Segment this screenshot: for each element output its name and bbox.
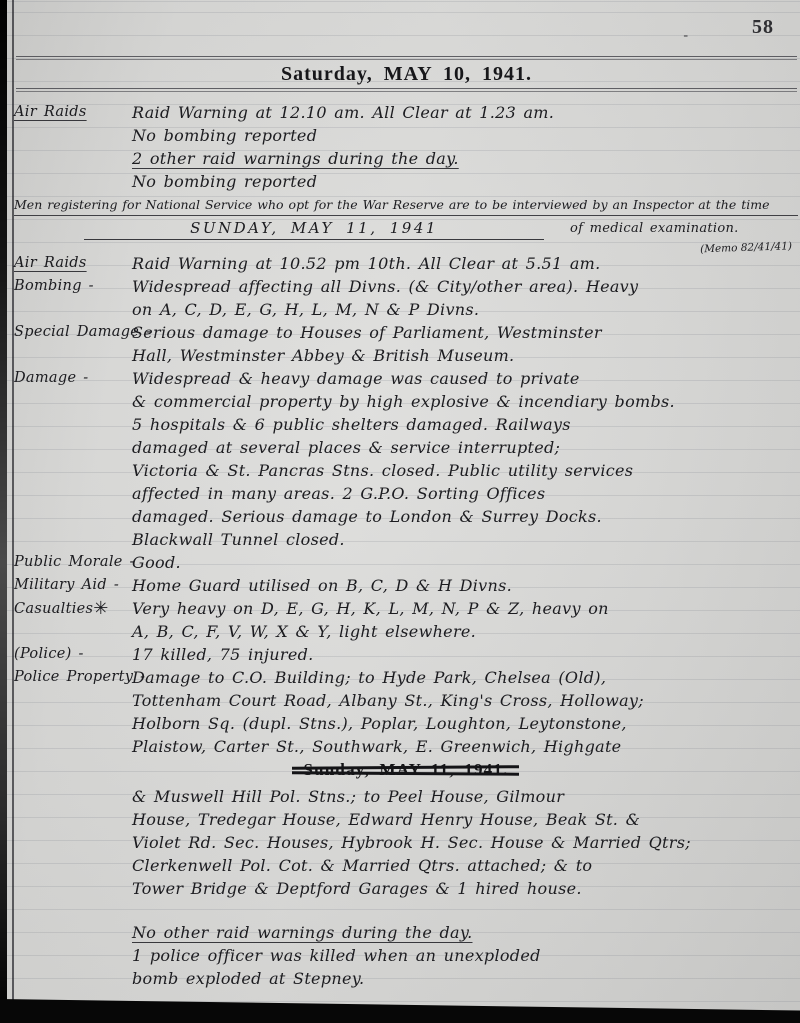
struck-heading-row: Sunday, MAY 11, 1941. bbox=[14, 758, 798, 782]
entry-line: damaged. Serious damage to London & Surr… bbox=[132, 505, 770, 528]
entry-line: Good. bbox=[132, 551, 770, 574]
entry-line: Widespread affecting all Divns. (& City/… bbox=[132, 275, 770, 298]
entry-military-aid: Military Aid - Home Guard utilised on B,… bbox=[14, 574, 798, 597]
entry-police-property: Police Property - Damage to C.O. Buildin… bbox=[14, 666, 798, 758]
registration-note-continuation: of medical examination. bbox=[544, 218, 798, 240]
page-number: 58 bbox=[752, 16, 774, 39]
entry-police-property-continued: & Muswell Hill Pol. Stns.; to Peel House… bbox=[132, 785, 798, 900]
entry-line: Plaistow, Carter St., Southwark, E. Gree… bbox=[132, 735, 770, 758]
entry-line: A, B, C, F, V, W, X & Y, light elsewhere… bbox=[132, 620, 770, 643]
entry-label: (Police) - bbox=[14, 643, 132, 666]
entry-line: damaged at several places & service inte… bbox=[132, 436, 770, 459]
entry-label: Casualties✳ bbox=[14, 597, 132, 621]
entry-line: No other raid warnings during the day. bbox=[132, 921, 798, 944]
entry-line: 1 police officer was killed when an unex… bbox=[132, 944, 798, 967]
entry-body: Home Guard utilised on B, C, D & H Divns… bbox=[132, 574, 798, 597]
entry-line: 5 hospitals & 6 public shelters damaged.… bbox=[132, 413, 770, 436]
entry-label: Public Morale - bbox=[14, 551, 132, 574]
entry-public-morale: Public Morale - Good. bbox=[14, 551, 798, 574]
entry-damage: Damage - Widespread & heavy damage was c… bbox=[14, 367, 798, 551]
entry-line: on A, C, D, E, G, H, L, M, N & P Divns. bbox=[132, 298, 770, 321]
diary-content: Air Raids Raid Warning at 12.10 am. All … bbox=[14, 101, 798, 990]
entry-special-damage: Special Damage - Serious damage to House… bbox=[14, 321, 798, 367]
ledger-margin-line bbox=[12, 0, 14, 1023]
entry-line: affected in many areas. 2 G.P.O. Sorting… bbox=[132, 482, 770, 505]
entry-body: 17 killed, 75 injured. bbox=[132, 643, 798, 666]
scan-edge-left bbox=[0, 0, 7, 1023]
entry-line: Tower Bridge & Deptford Garages & 1 hire… bbox=[132, 877, 798, 900]
header-rule-bottom bbox=[16, 88, 797, 92]
entry-label: Special Damage - bbox=[14, 321, 132, 344]
struck-date-heading: Sunday, MAY 11, 1941. bbox=[295, 758, 516, 782]
asterisk-mark: ✳ bbox=[93, 598, 108, 619]
entry-label: Air Raids bbox=[14, 101, 132, 124]
entry-police-casualties: (Police) - 17 killed, 75 injured. bbox=[14, 643, 798, 666]
entry-body: Raid Warning at 12.10 am. All Clear at 1… bbox=[132, 101, 798, 193]
entry-line: Blackwall Tunnel closed. bbox=[132, 528, 770, 551]
entry-line: 2 other raid warnings during the day. bbox=[132, 147, 770, 170]
sunday-date-heading: SUNDAY, MAY 11, 1941 bbox=[84, 217, 544, 240]
entry-bombing: Bombing - Widespread affecting all Divns… bbox=[14, 275, 798, 321]
entry-line: Tottenham Court Road, Albany St., King's… bbox=[132, 689, 770, 712]
sunday-heading-row: SUNDAY, MAY 11, 1941 of medical examinat… bbox=[14, 216, 798, 240]
entry-line: 17 killed, 75 injured. bbox=[132, 643, 770, 666]
entry-line: Victoria & St. Pancras Stns. closed. Pub… bbox=[132, 459, 770, 482]
entry-line: Very heavy on D, E, G, H, K, L, M, N, P … bbox=[132, 597, 770, 620]
entry-body: Widespread & heavy damage was caused to … bbox=[132, 367, 798, 551]
entry-label: Police Property - bbox=[14, 666, 132, 689]
entry-line: Widespread & heavy damage was caused to … bbox=[132, 367, 770, 390]
entry-body: Damage to C.O. Building; to Hyde Park, C… bbox=[132, 666, 798, 758]
entry-line: & commercial property by high explosive … bbox=[132, 390, 770, 413]
entry-line: No bombing reported bbox=[132, 124, 770, 147]
page-header: Saturday, MAY 10, 1941. bbox=[16, 56, 797, 92]
entry-line: House, Tredegar House, Edward Henry Hous… bbox=[132, 808, 798, 831]
entry-line: bomb exploded at Stepney. bbox=[132, 967, 798, 990]
entry-line: Home Guard utilised on B, C, D & H Divns… bbox=[132, 574, 770, 597]
scanned-diary-page: - 58 Saturday, MAY 10, 1941. Air Raids R… bbox=[0, 0, 800, 1023]
registration-note: Men registering for National Service who… bbox=[14, 194, 798, 252]
entry-line: Clerkenwell Pol. Cot. & Married Qtrs. at… bbox=[132, 854, 798, 877]
entry-line: Serious damage to Houses of Parliament, … bbox=[132, 321, 770, 344]
entry-line: No bombing reported bbox=[132, 170, 770, 193]
entry-body: Widespread affecting all Divns. (& City/… bbox=[132, 275, 798, 321]
entry-label: Damage - bbox=[14, 367, 132, 390]
spacer bbox=[14, 900, 798, 921]
entry-line: Holborn Sq. (dupl. Stns.), Poplar, Lough… bbox=[132, 712, 770, 735]
entry-line: Violet Rd. Sec. Houses, Hybrook H. Sec. … bbox=[132, 831, 798, 854]
entry-line: & Muswell Hill Pol. Stns.; to Peel House… bbox=[132, 785, 798, 808]
entry-casualties: Casualties✳ Very heavy on D, E, G, H, K,… bbox=[14, 597, 798, 643]
entry-line: Damage to C.O. Building; to Hyde Park, C… bbox=[132, 666, 770, 689]
corner-mark: - bbox=[683, 28, 688, 44]
entry-body: Serious damage to Houses of Parliament, … bbox=[132, 321, 798, 367]
entry-body: Very heavy on D, E, G, H, K, L, M, N, P … bbox=[132, 597, 798, 643]
entry-body: Good. bbox=[132, 551, 798, 574]
entry-saturday-air-raids: Air Raids Raid Warning at 12.10 am. All … bbox=[14, 101, 798, 193]
registration-note-line: Men registering for National Service who… bbox=[14, 194, 798, 216]
entry-line: Raid Warning at 12.10 am. All Clear at 1… bbox=[132, 101, 770, 124]
entry-line: Hall, Westminster Abbey & British Museum… bbox=[132, 344, 770, 367]
date-title: Saturday, MAY 10, 1941. bbox=[16, 60, 797, 88]
entry-label: Military Aid - bbox=[14, 574, 132, 597]
closing-notes: No other raid warnings during the day. 1… bbox=[132, 921, 798, 990]
